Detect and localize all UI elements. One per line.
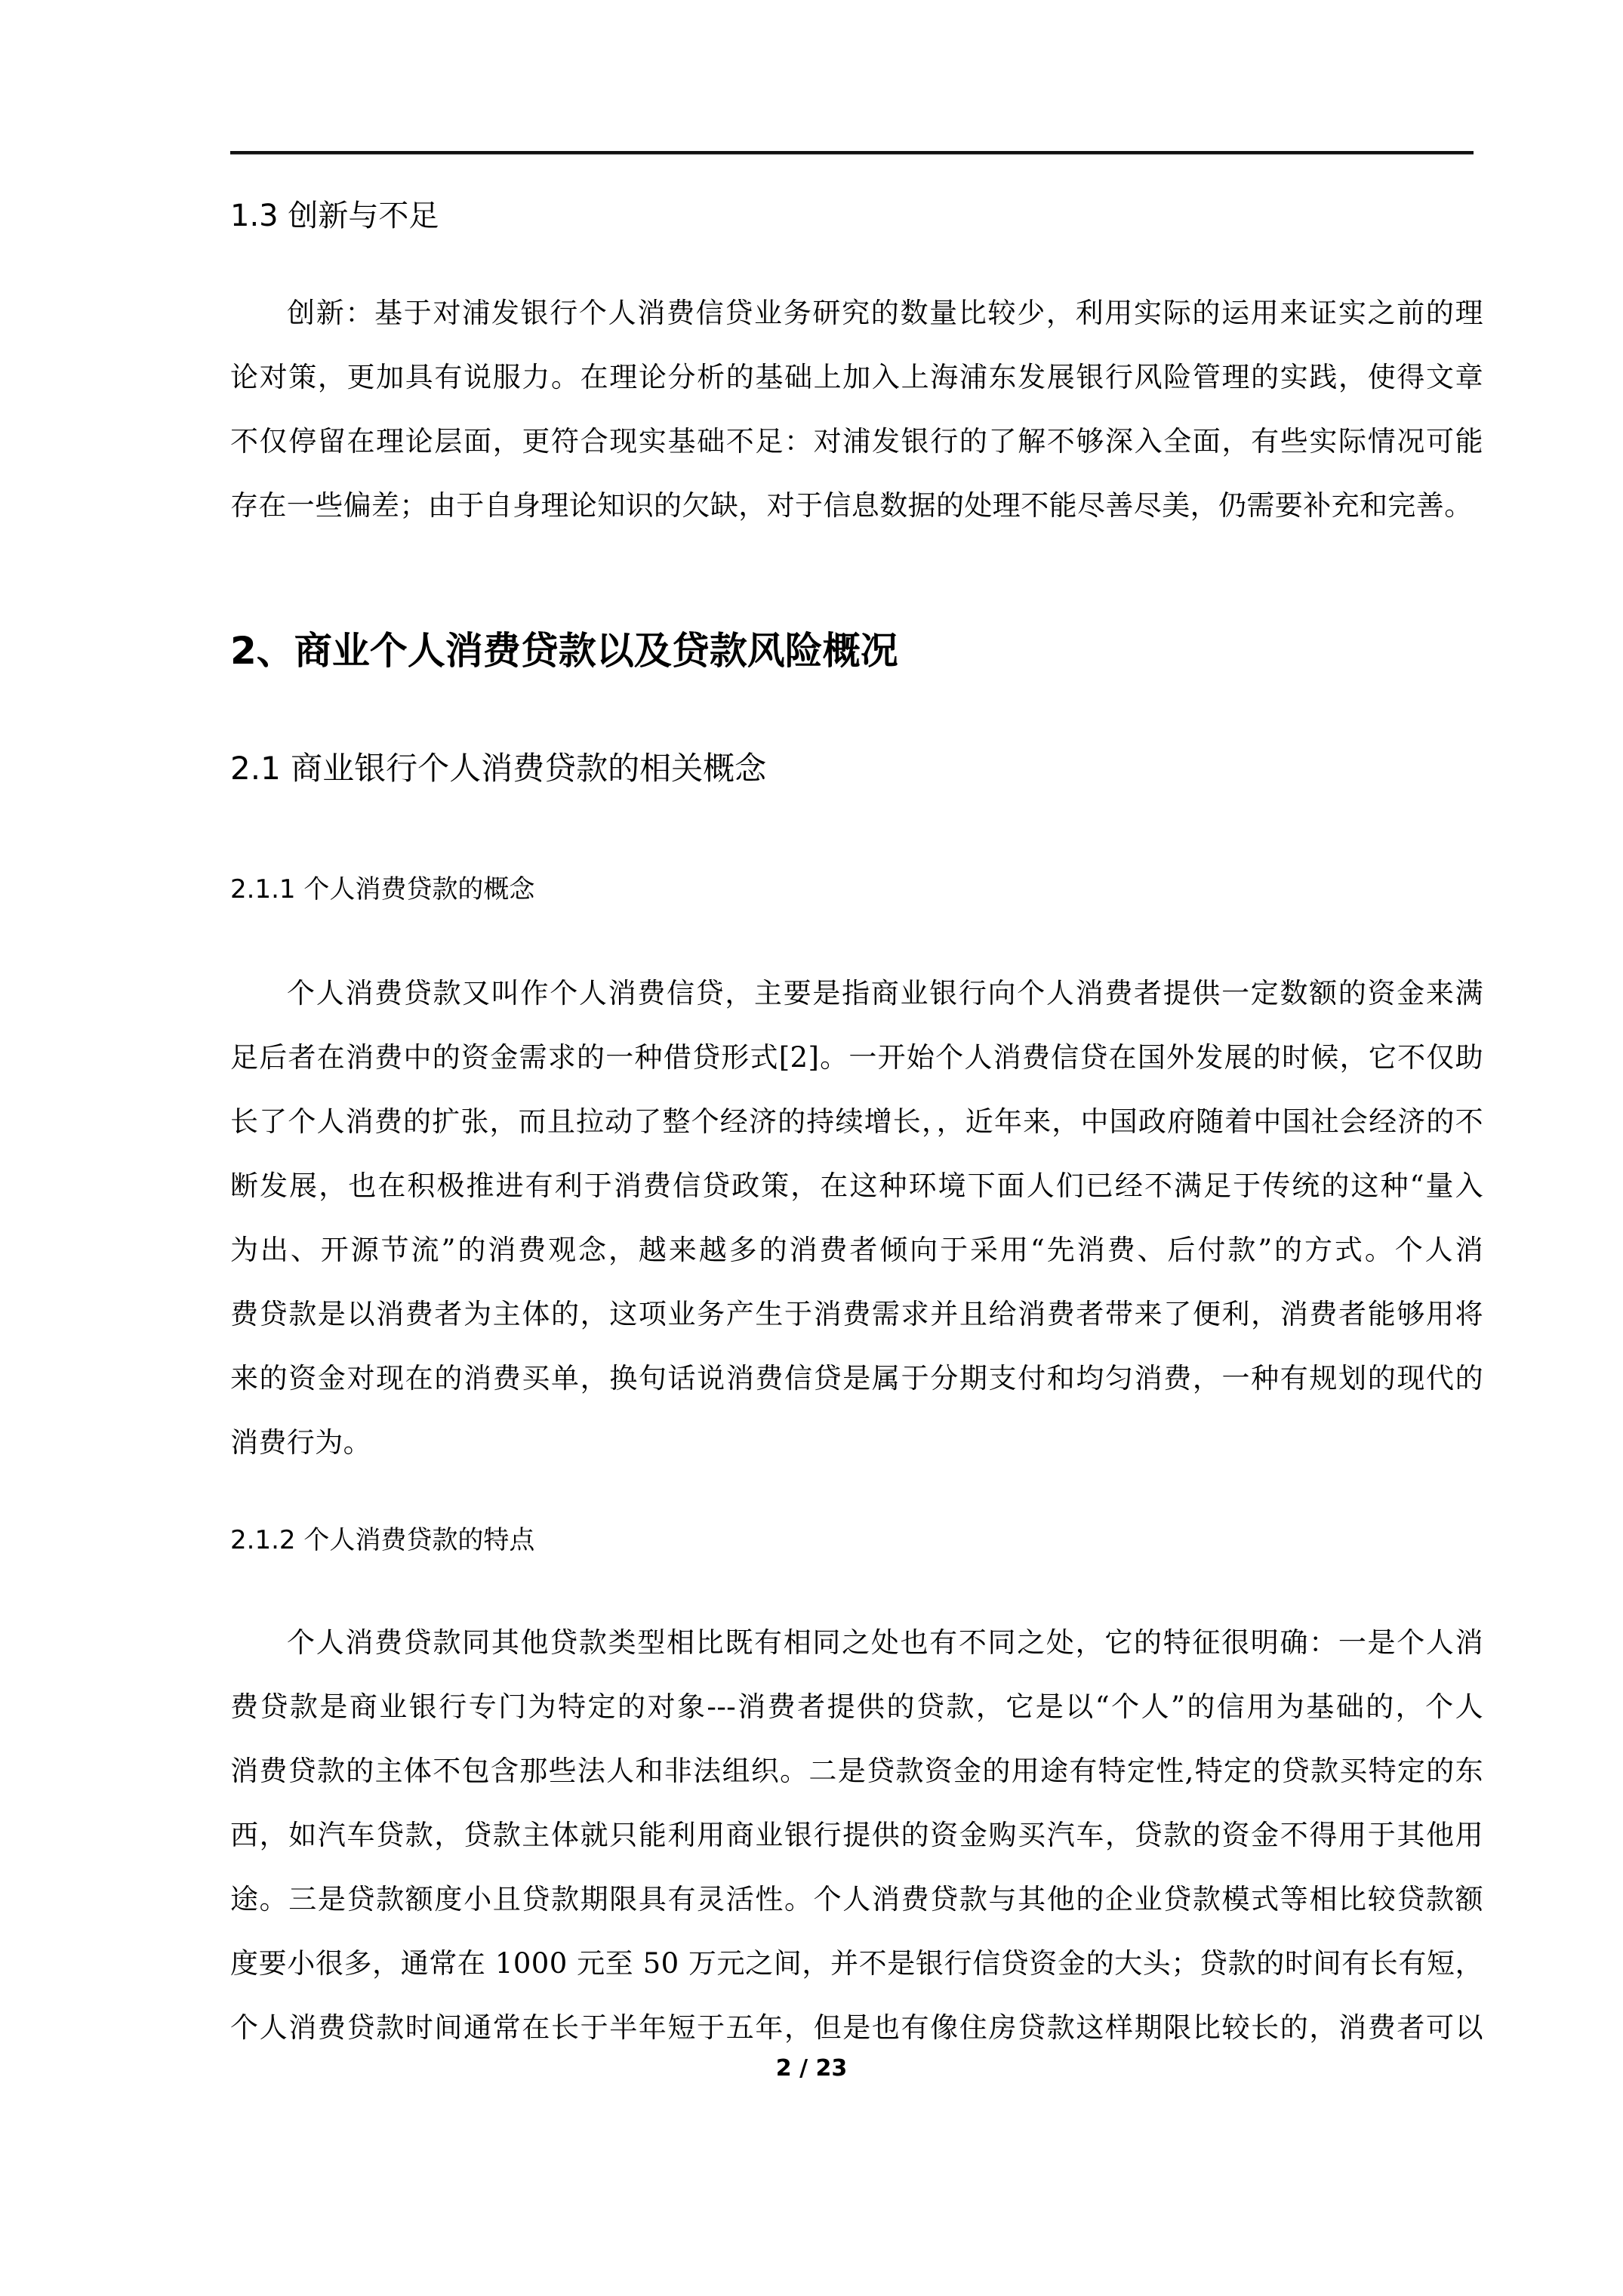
paragraph-line: 费贷款是商业银行专门为特定的对象---消费者提供的贷款，它是以“个人”的信用为基… xyxy=(230,1684,1483,1724)
section-heading-2-1-1: 2.1.1 个人消费贷款的概念 xyxy=(230,868,534,905)
paragraph-line: 个人消费贷款时间通常在长于半年短于五年，但是也有像住房贷款这样期限比较长的，消费… xyxy=(230,2005,1483,2045)
paragraph-line: 消费行为。 xyxy=(230,1419,1483,1460)
paragraph-line: 途。三是贷款额度小且贷款期限具有灵活性。个人消费贷款与其他的企业贷款模式等相比较… xyxy=(230,1876,1483,1917)
page-number: 2 / 23 xyxy=(0,2055,1623,2082)
paragraph-line: 长了个人消费的扩张，而且拉动了整个经济的持续增长，，近年来，中国政府随着中国社会… xyxy=(230,1099,1483,1139)
paragraph-line: 为出、开源节流”的消费观念，越来越多的消费者倾向于采用“先消费、后付款”的方式。… xyxy=(230,1227,1483,1268)
paragraph-line: 创新：基于对浦发银行个人消费信贷业务研究的数量比较少，利用实际的运用来证实之前的… xyxy=(287,290,1483,331)
paragraph-line: 西，如汽车贷款，贷款主体就只能利用商业银行提供的资金购买汽车，贷款的资金不得用于… xyxy=(230,1812,1483,1853)
paragraph-line: 不仅停留在理论层面，更符合现实基础不足：对浦发银行的了解不够深入全面，有些实际情… xyxy=(230,418,1483,459)
paragraph-line: 费贷款是以消费者为主体的，这项业务产生于消费需求并且给消费者带来了便利，消费者能… xyxy=(230,1291,1483,1332)
chapter-heading-2: 2、商业个人消费贷款以及贷款风险概况 xyxy=(230,621,898,675)
paragraph-line: 断发展，也在积极推进有利于消费信贷政策，在这种环境下面人们已经不满足于传统的这种… xyxy=(230,1163,1483,1203)
section-heading-2-1: 2.1 商业银行个人消费贷款的相关概念 xyxy=(230,744,766,789)
paragraph-line: 度要小很多，通常在 1000 元至 50 万元之间，并不是银行信贷资金的大头；贷… xyxy=(230,1940,1483,1981)
paragraph-line: 来的资金对现在的消费买单，换句话说消费信贷是属于分期支付和均匀消费，一种有规划的… xyxy=(230,1355,1483,1396)
paragraph-line: 消费贷款的主体不包含那些法人和非法组织。二是贷款资金的用途有特定性,特定的贷款买… xyxy=(230,1748,1483,1789)
paragraph-line: 存在一些偏差；由于自身理论知识的欠缺，对于信息数据的处理不能尽善尽美，仍需要补充… xyxy=(230,482,1483,523)
paragraph-line: 个人消费贷款同其他贷款类型相比既有相同之处也有不同之处，它的特征很明确：一是个人… xyxy=(287,1620,1483,1660)
paragraph-line: 足后者在消费中的资金需求的一种借贷形式[2]。一开始个人消费信贷在国外发展的时候… xyxy=(230,1034,1483,1075)
paragraph-line: 论对策，更加具有说服力。在理论分析的基础上加入上海浦东发展银行风险管理的实践，使… xyxy=(230,354,1483,395)
section-heading-1-3: 1.3 创新与不足 xyxy=(230,192,439,235)
paragraph-line: 个人消费贷款又叫作个人消费信贷，主要是指商业银行向个人消费者提供一定数额的资金来… xyxy=(287,970,1483,1011)
section-heading-2-1-2: 2.1.2 个人消费贷款的特点 xyxy=(230,1519,534,1556)
header-rule xyxy=(230,151,1474,155)
